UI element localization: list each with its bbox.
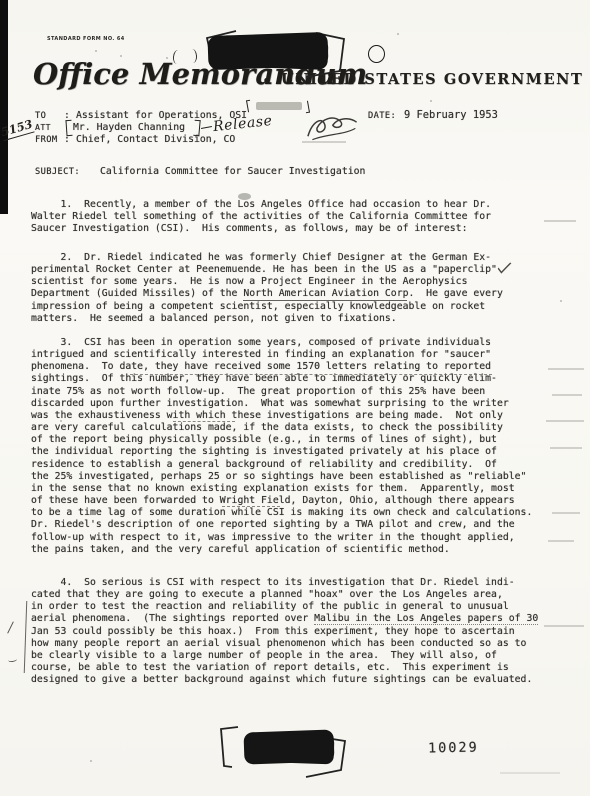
att-row: ATT Mr. Hayden Channing [35, 122, 51, 133]
paragraph-4: 4. So serious is CSI with respect to its… [31, 577, 538, 686]
scan-artifact [120, 55, 122, 57]
bottom-redaction-stamp [208, 722, 366, 782]
from-value: Chief, Contact Division, CO [76, 134, 235, 145]
paragraph-3: 3. CSI has been in operation some years,… [31, 337, 532, 556]
scan-artifact [546, 420, 584, 422]
scan-artifact [90, 760, 92, 762]
underline-north-american-aviation [243, 300, 407, 301]
scan-artifact [166, 57, 168, 59]
scan-artifact [302, 141, 346, 143]
underline-wright-field [222, 506, 280, 507]
scan-artifact [544, 220, 576, 222]
scan-artifact [548, 540, 574, 542]
date-value: 9 February 1953 [404, 109, 498, 121]
scan-artifact [430, 100, 432, 102]
signature-scribble [304, 110, 365, 145]
scan-artifact [560, 300, 562, 302]
scan-edge-artifact [0, 0, 8, 214]
from-row: FROM : Chief, Contact Division, CO [35, 134, 58, 145]
circle-stamp-mark [368, 45, 385, 63]
small-redaction [256, 102, 302, 110]
paragraph-1: 1. Recently, a member of the Los Angeles… [31, 199, 491, 235]
margin-pencil-slash [7, 621, 14, 633]
to-label: TO [35, 111, 46, 121]
date-row: DATE: 9 February 1953 [368, 110, 396, 121]
top-redaction-stamp [190, 24, 362, 84]
underline-with-which [173, 421, 235, 422]
date-label: DATE: [368, 111, 396, 121]
subject-row: SUBJECT: California Committee for Saucer… [35, 166, 80, 177]
subject-label: SUBJECT: [35, 167, 80, 177]
from-label: FROM [35, 135, 58, 145]
to-row: TO : Assistant for Operations, OSI [35, 110, 46, 121]
underline-la-papers [314, 624, 538, 625]
page-stamp-number: 10029 [428, 740, 479, 757]
form-number: STANDARD FORM NO. 64 [47, 36, 125, 42]
scan-artifact [60, 420, 62, 422]
att-label: ATT [35, 122, 51, 132]
scan-artifact [500, 772, 560, 774]
scan-artifact [548, 368, 584, 370]
scan-artifact [95, 50, 97, 52]
underline-1570-letters [130, 374, 492, 375]
scan-artifact [550, 447, 582, 449]
scan-artifact [544, 625, 584, 627]
memo-page: STANDARD FORM NO. 64 Office Memorandum •… [0, 0, 590, 796]
scan-artifact [397, 33, 399, 35]
scan-artifact [552, 512, 580, 514]
paragraph-2: 2. Dr. Riedel indicated he was formerly … [31, 252, 503, 325]
margin-pencil-line [24, 601, 28, 673]
margin-pencil-tilde [8, 656, 18, 662]
pen-mark [304, 101, 310, 114]
subject-value: California Committee for Saucer Investig… [100, 166, 365, 177]
check-mark [497, 261, 513, 276]
scan-artifact [552, 394, 582, 396]
att-value: Mr. Hayden Channing [73, 122, 185, 133]
colon: : [64, 134, 70, 145]
handwritten-dash [201, 126, 212, 129]
